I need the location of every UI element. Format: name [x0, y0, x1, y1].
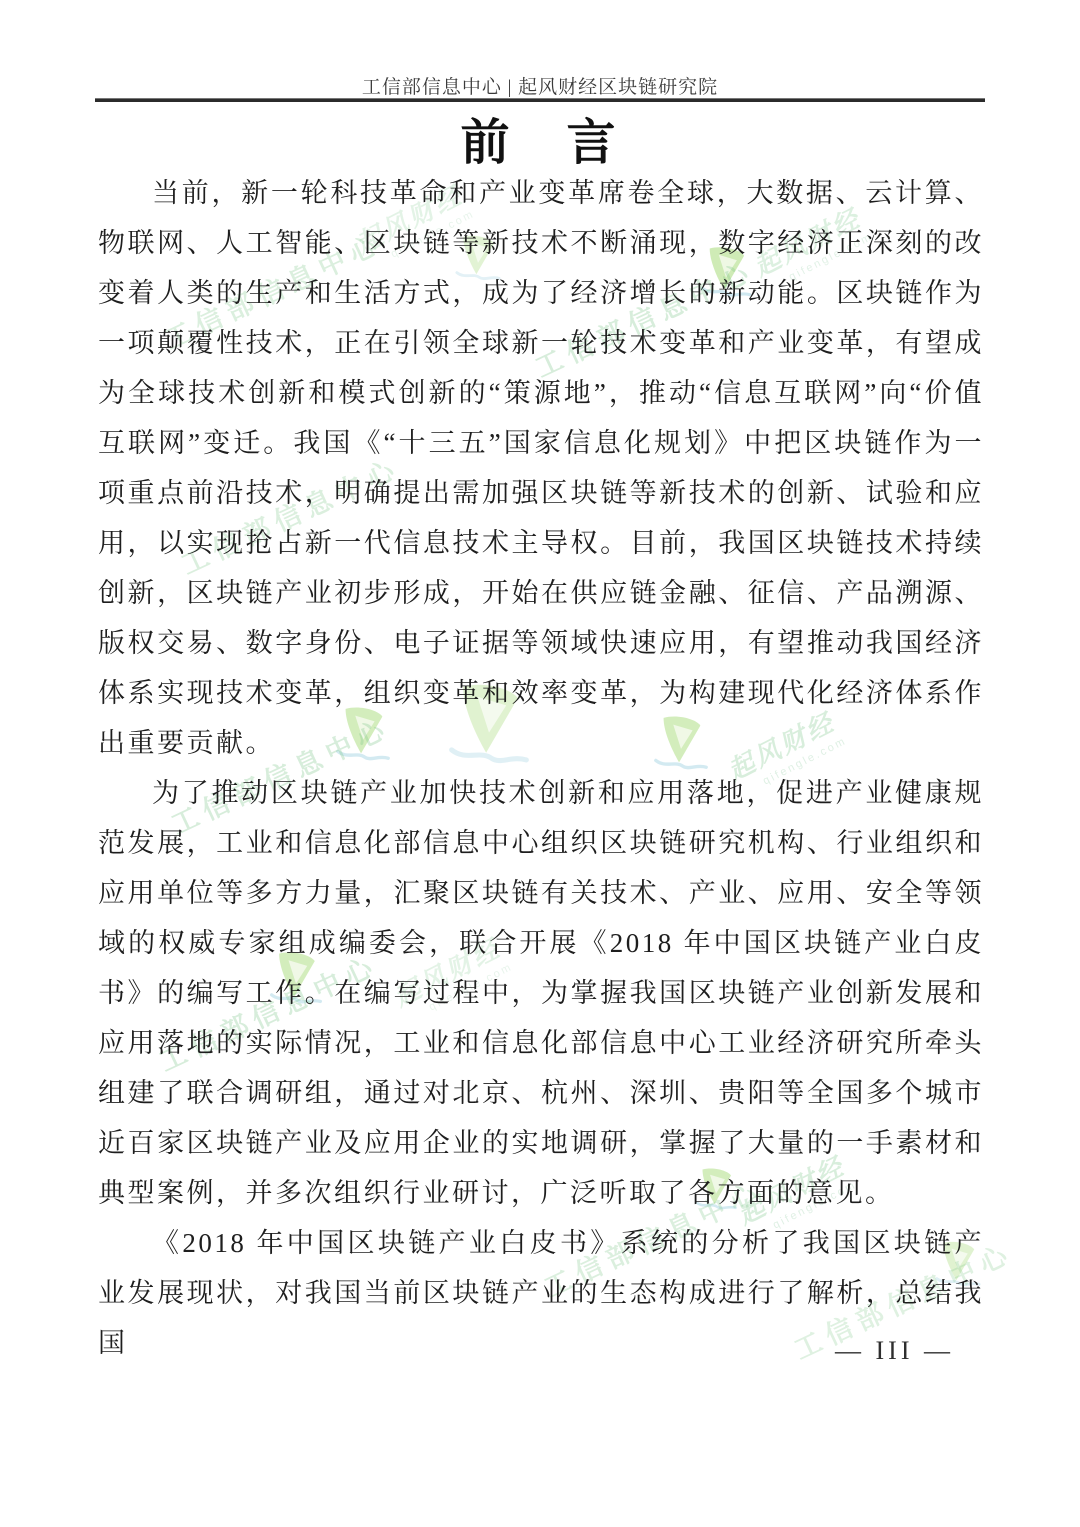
preface-paragraph-2: 为了推动区块链产业加快技术创新和应用落地，促进产业健康规范发展，工业和信息化部信…	[98, 768, 984, 1218]
page-number: — III —	[835, 1336, 954, 1366]
preface-paragraph-1: 当前，新一轮科技革命和产业变革席卷全球，大数据、云计算、物联网、人工智能、区块链…	[98, 168, 984, 768]
document-page: 工信部信息中心 工信部信息中心 工信部信息中心 工信部信息中心 工信部信息中心 …	[0, 0, 1080, 1527]
page-title: 前 言	[0, 104, 1080, 174]
preface-body: 当前，新一轮科技革命和产业变革席卷全球，大数据、云计算、物联网、人工智能、区块链…	[98, 168, 984, 1368]
header-rule	[95, 98, 985, 102]
page-header: 工信部信息中心 | 起风财经区块链研究院	[0, 72, 1080, 99]
